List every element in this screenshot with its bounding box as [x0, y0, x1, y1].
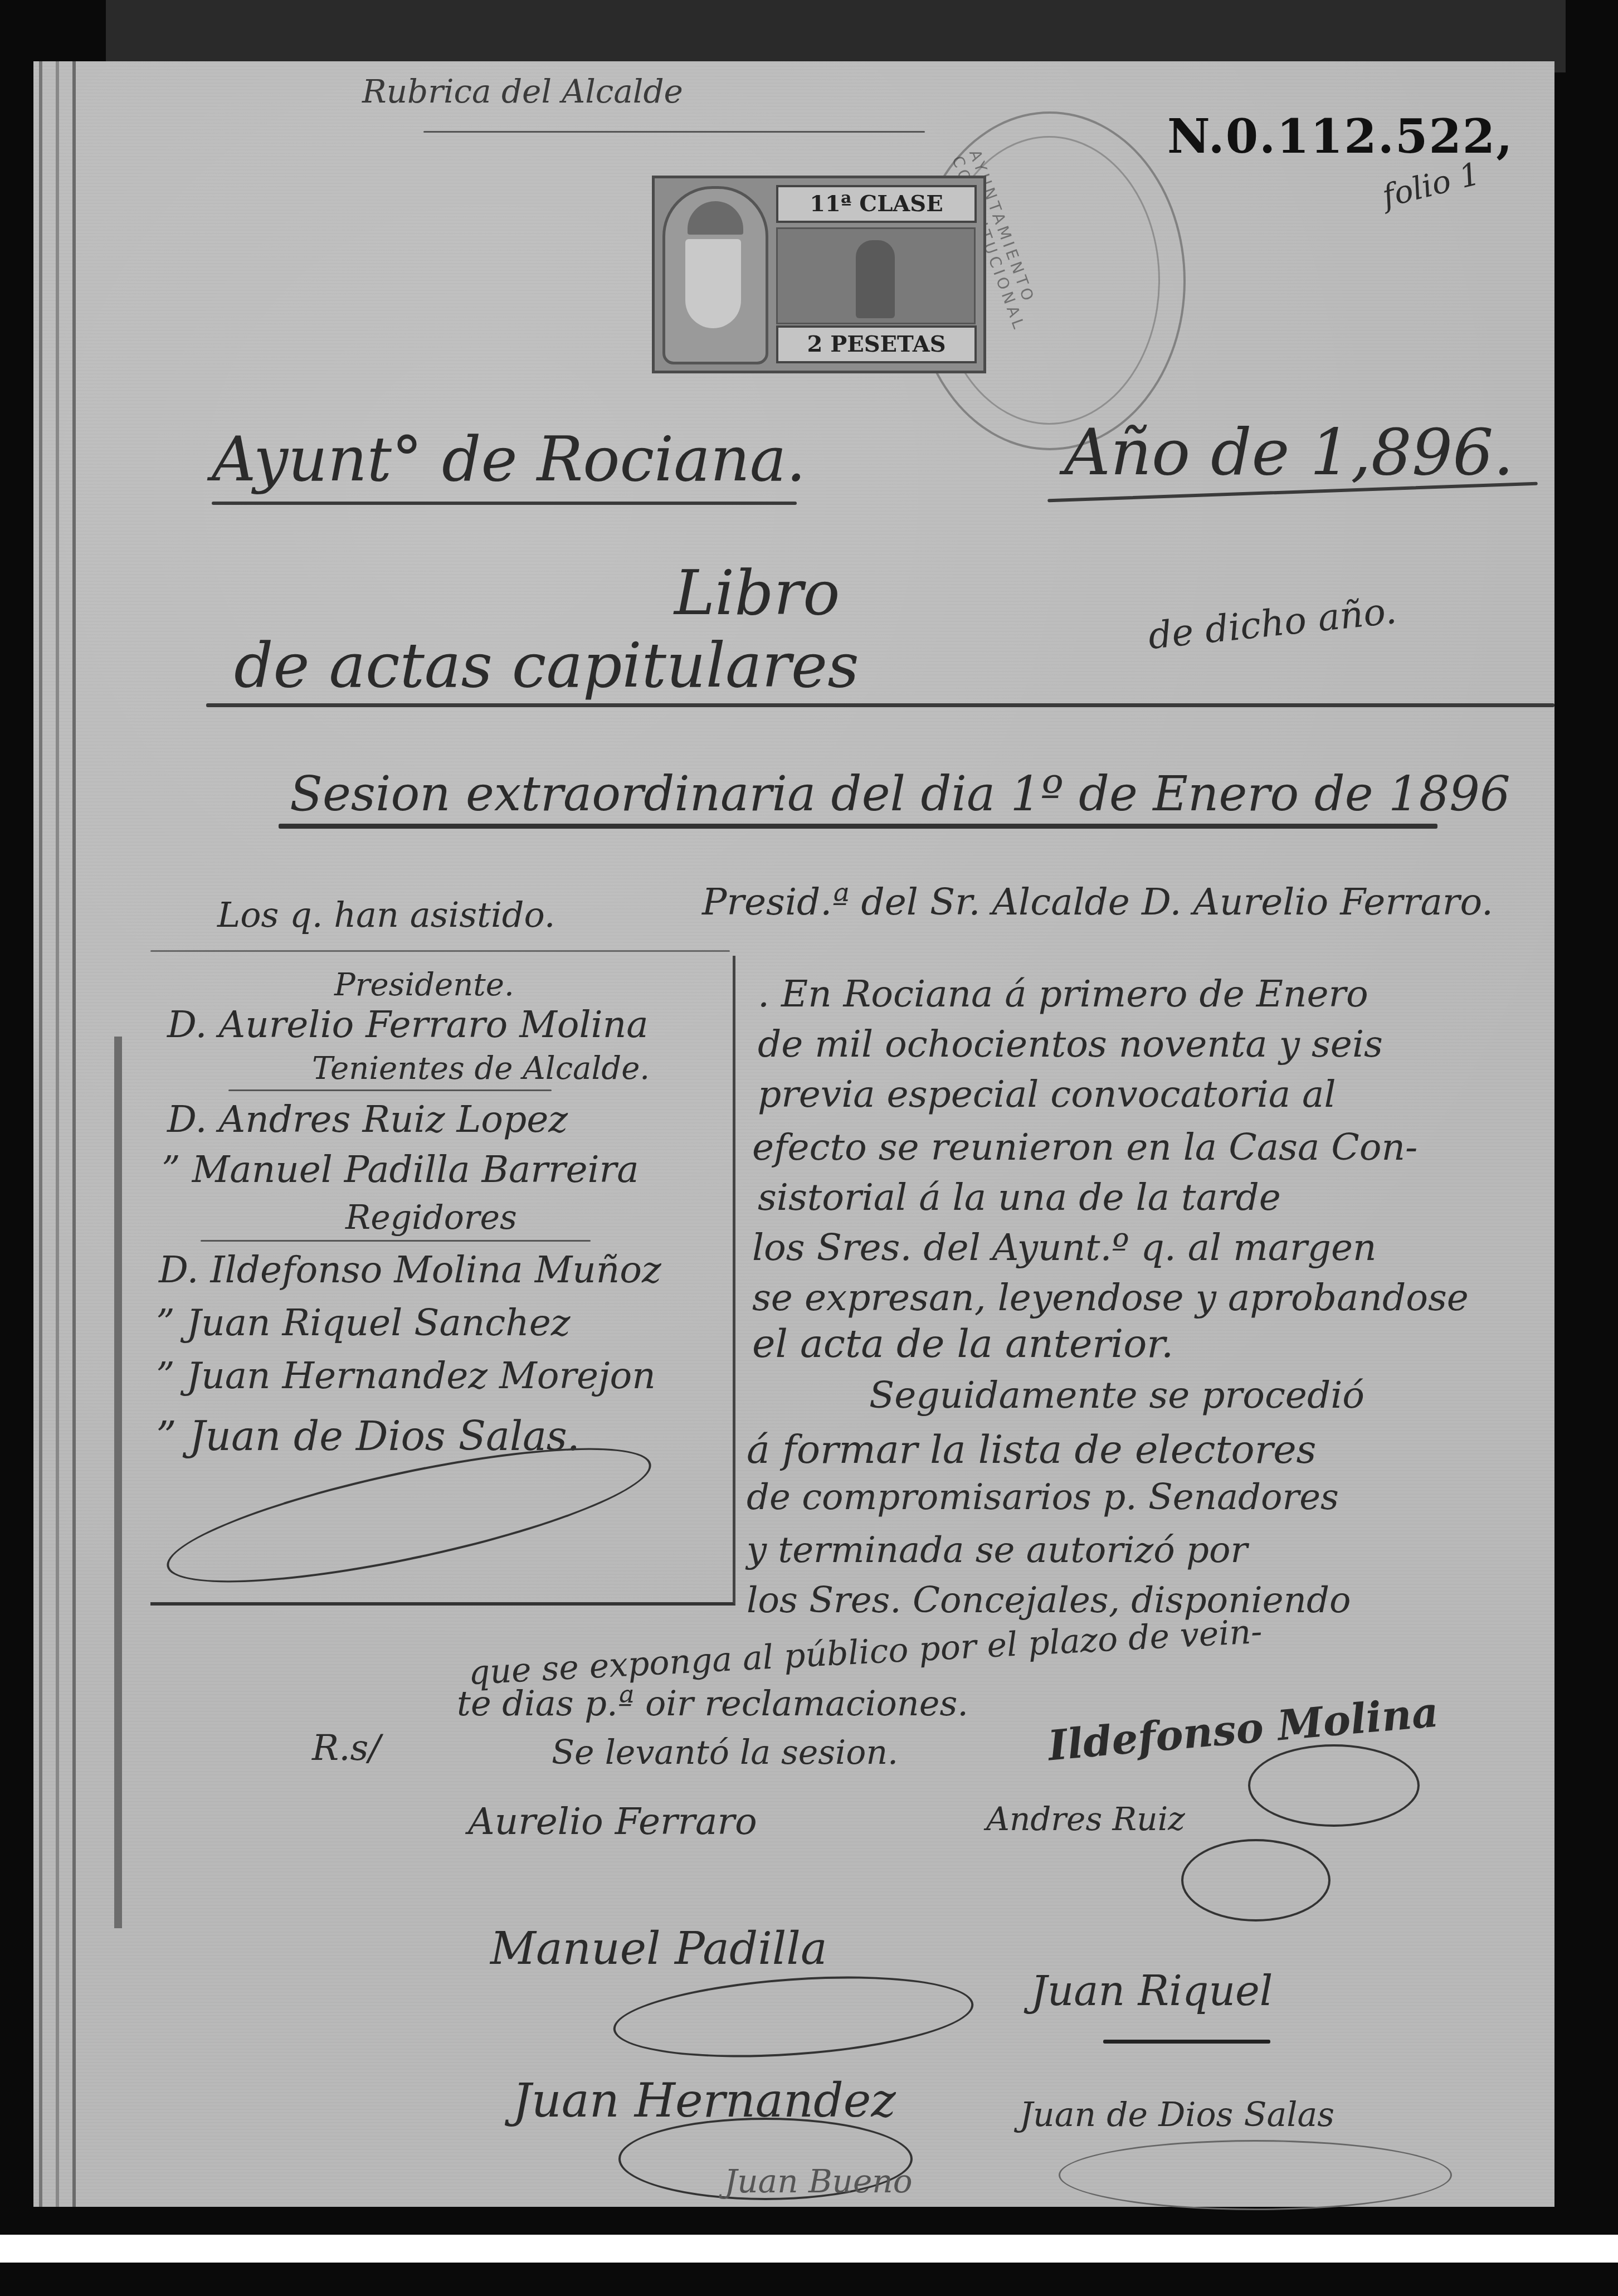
signature: Andres Ruiz	[986, 1800, 1185, 1838]
body-line: . En Rociana á primero de Enero	[758, 972, 1368, 1015]
rubric-note: Rubrica del Alcalde	[362, 72, 683, 110]
margin-mark: R.s/	[312, 1728, 381, 1769]
attendees-heading: Los q. han asistido.	[217, 894, 555, 935]
body-line: de mil ochocientos noventa y seis	[758, 1023, 1383, 1066]
figure-icon	[856, 240, 895, 318]
year-title: Año de 1,896.	[1064, 415, 1514, 490]
crown-icon	[688, 201, 743, 235]
scan-strip	[0, 2235, 1618, 2263]
body-line: te dias p.ª oir reclamaciones.	[457, 1683, 968, 1724]
signature-flourish	[1248, 1744, 1420, 1827]
seated-justice-figure-icon	[776, 227, 976, 324]
body-line: el acta de la anterior.	[752, 1321, 1173, 1366]
role-underline	[228, 1089, 552, 1091]
body-line: de compromisarios p. Senadores	[747, 1477, 1339, 1518]
role-heading: Regidores	[345, 1198, 517, 1237]
body-line: efecto se reunieron en la Casa Con-	[752, 1126, 1417, 1169]
presidency-note: Presid.ª del Sr. Alcalde D. Aurelio Ferr…	[702, 881, 1493, 923]
attendee-name: ” Juan Hernandez Morejon	[156, 1354, 656, 1397]
session-underline	[279, 824, 1437, 829]
rubric-underline	[423, 131, 925, 133]
attendee-name: ” Manuel Padilla Barreira	[162, 1148, 639, 1191]
book-title-line2: de actas capitulares	[234, 630, 859, 701]
attendee-name: D. Aurelio Ferraro Molina	[167, 1003, 649, 1046]
page-stack-edge	[39, 61, 42, 2207]
role-heading: Tenientes de Alcalde.	[312, 1050, 650, 1087]
attendees-heading-rule	[150, 950, 730, 952]
stamp-value-label: 2 PESETAS	[776, 325, 977, 363]
body-line: Seguidamente se procedió	[869, 1374, 1364, 1417]
page-stack-edge	[72, 61, 76, 2207]
serial-number: N.0.112.522,	[1167, 109, 1514, 164]
body-line: se expresan, leyendose y aprobandose	[752, 1276, 1469, 1319]
stamp-class-label: 11ª CLASE	[776, 185, 977, 223]
book-title-underline	[206, 703, 1554, 707]
signature: Juan Riquel	[1031, 1967, 1273, 2015]
signature-flourish	[1059, 2140, 1452, 2210]
body-line: y terminada se autorizó por	[747, 1530, 1247, 1571]
closing-line: Se levantó la sesion.	[552, 1733, 898, 1772]
page-stack-edge	[56, 61, 59, 2207]
book-title-line1: Libro	[674, 557, 840, 629]
role-heading: Presidente.	[334, 967, 514, 1003]
role-underline	[201, 1240, 591, 1242]
signature: Manuel Padilla	[490, 1923, 827, 1974]
signature-rule	[1103, 2040, 1270, 2044]
body-line: previa especial convocatoria al	[758, 1073, 1336, 1116]
municipality-underline	[212, 502, 797, 505]
body-line: sistorial á la una de la tarde	[758, 1176, 1281, 1219]
attendee-name: D. Ildefonso Molina Muñoz	[159, 1248, 661, 1291]
attendee-name: ” Juan Riquel Sanchez	[156, 1301, 571, 1344]
signature: Juan Bueno	[724, 2162, 913, 2200]
revenue-stamp: 11ª CLASE 2 PESETAS	[652, 176, 986, 373]
shield-icon	[685, 239, 741, 328]
signature: Juan de Dios Salas	[1020, 2095, 1334, 2134]
attendee-name: D. Andres Ruiz Lopez	[167, 1098, 568, 1141]
signature-flourish	[1181, 1839, 1331, 1922]
session-title: Sesion extraordinaria del dia 1º de Ener…	[290, 766, 1510, 822]
coat-of-arms-icon	[662, 186, 768, 364]
binding-tab	[114, 1037, 122, 1928]
body-line: á formar la lista de electores	[747, 1427, 1317, 1472]
municipality-title: Ayunt° de Rociana.	[212, 424, 806, 495]
signature: Aurelio Ferraro	[468, 1800, 757, 1843]
body-line: los Sres. del Ayunt.º q. al margen	[752, 1226, 1377, 1269]
signature: Juan Hernandez	[513, 2073, 896, 2128]
